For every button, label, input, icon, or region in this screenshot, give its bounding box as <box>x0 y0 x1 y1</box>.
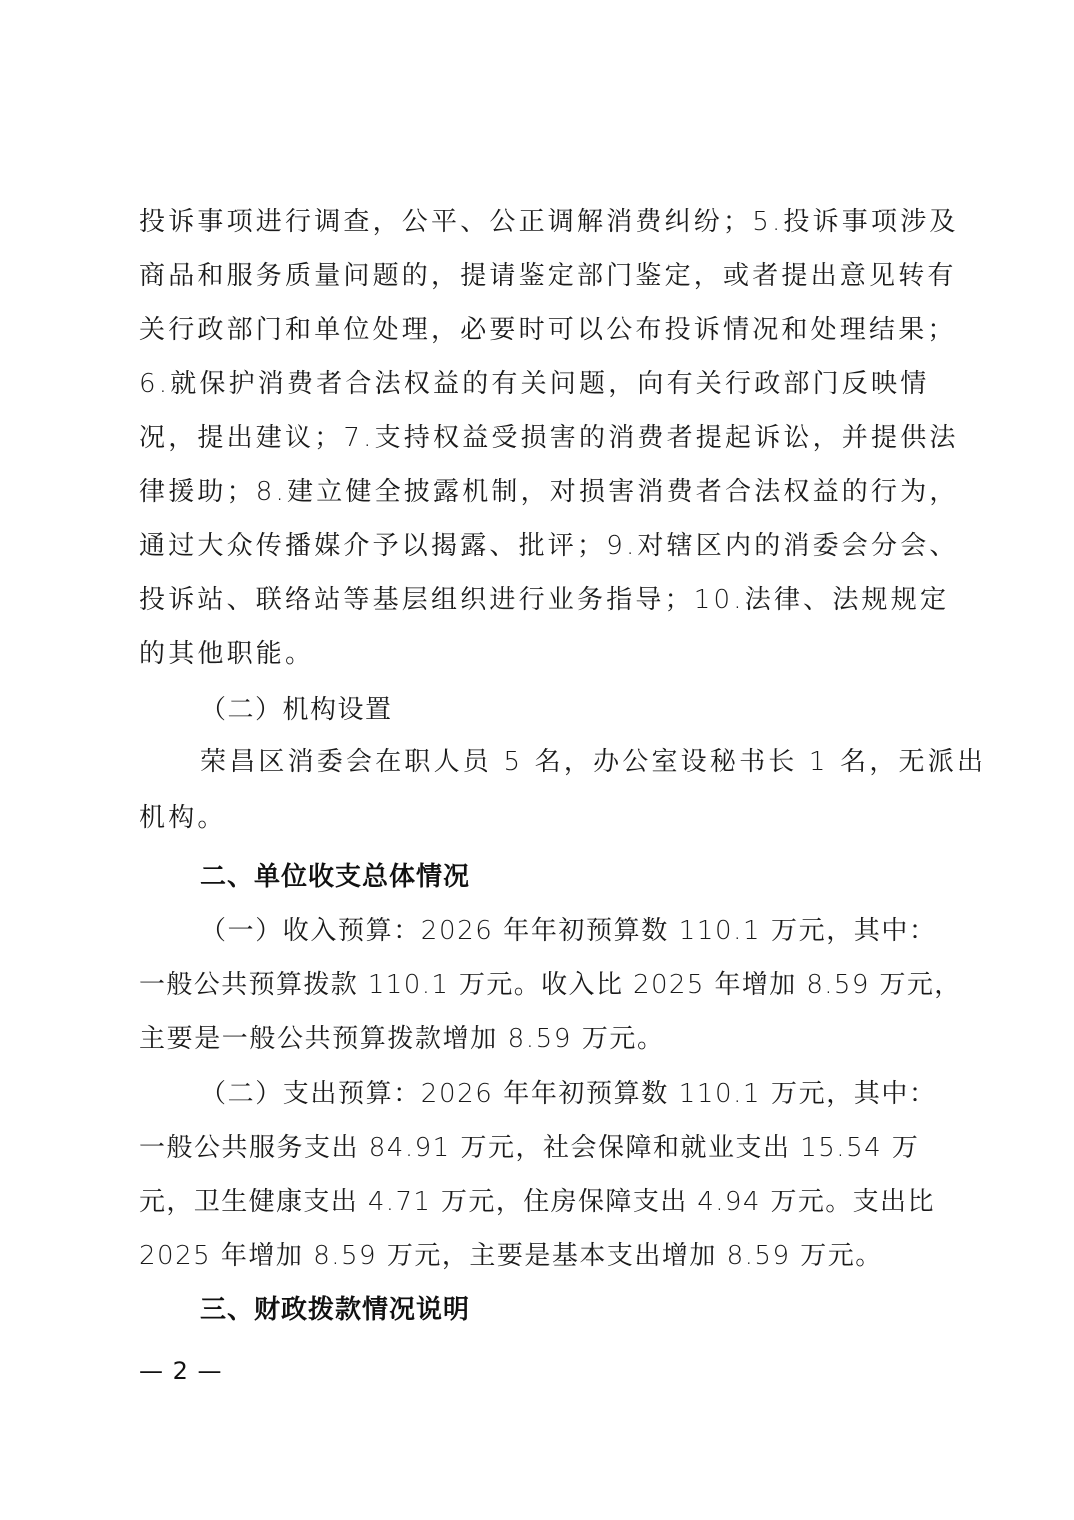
text-line: 一般公共服务支出 84.91 万元，社会保障和就业支出 15.54 万 <box>139 1131 939 1165</box>
text-line: 机构。 <box>139 801 939 835</box>
text-line: 投诉站、联络站等基层组织进行业务指导；10.法律、法规规定 <box>139 583 939 617</box>
text-line: （一）收入预算：2026 年年初预算数 110.1 万元，其中： <box>200 914 1000 948</box>
text-line: 一般公共预算拨款 110.1 万元。收入比 2025 年增加 8.59 万元， <box>139 968 939 1002</box>
text-line: 律援助；8.建立健全披露机制，对损害消费者合法权益的行为， <box>139 475 939 509</box>
section-heading-fiscal-appropriation: 三、财政拨款情况说明 <box>200 1293 1000 1327</box>
section-subheading-organization: （二）机构设置 <box>200 693 1000 727</box>
text-line: 2025 年增加 8.59 万元，主要是基本支出增加 8.59 万元。 <box>139 1239 939 1273</box>
text-line: 荣昌区消委会在职人员 5 名，办公室设秘书长 1 名，无派出 <box>200 745 940 779</box>
section-heading-income-expenditure: 二、单位收支总体情况 <box>200 860 1000 894</box>
text-line: 的其他职能。 <box>139 637 939 671</box>
text-line: 关行政部门和单位处理，必要时可以公布投诉情况和处理结果； <box>139 313 939 347</box>
text-line: 主要是一般公共预算拨款增加 8.59 万元。 <box>139 1022 939 1056</box>
document-page: 投诉事项进行调查，公平、公正调解消费纠纷；5.投诉事项涉及 商品和服务质量问题的… <box>0 0 1074 1520</box>
text-line: （二）支出预算：2026 年年初预算数 110.1 万元，其中： <box>200 1077 1000 1111</box>
text-line: 投诉事项进行调查，公平、公正调解消费纠纷；5.投诉事项涉及 <box>139 205 939 239</box>
text-line: 6.就保护消费者合法权益的有关问题，向有关行政部门反映情 <box>139 367 939 401</box>
text-line: 商品和服务质量问题的，提请鉴定部门鉴定，或者提出意见转有 <box>139 259 939 293</box>
page-number: — 2 — <box>139 1356 223 1386</box>
text-line: 元，卫生健康支出 4.71 万元，住房保障支出 4.94 万元。支出比 <box>139 1185 939 1219</box>
text-line: 况，提出建议；7.支持权益受损害的消费者提起诉讼，并提供法 <box>139 421 939 455</box>
text-line: 通过大众传播媒介予以揭露、批评；9.对辖区内的消委会分会、 <box>139 529 939 563</box>
